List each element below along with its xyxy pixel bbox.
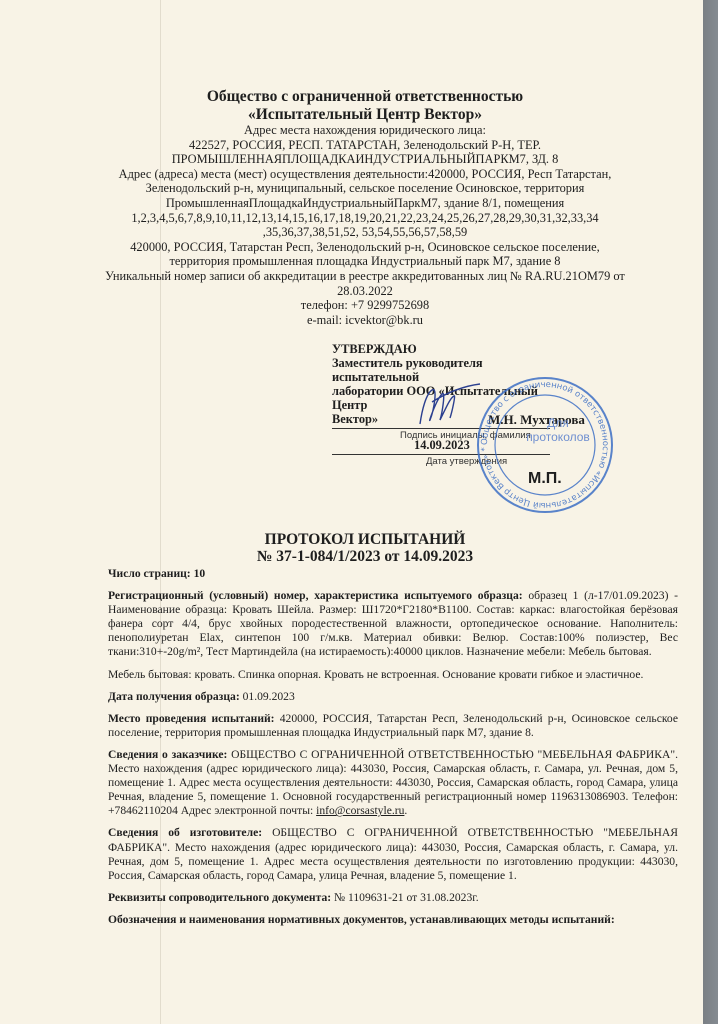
activity-address2-line2: территория промышленная площадка Индустр… xyxy=(100,254,630,269)
activity-address-line4: 1,2,3,4,5,6,7,8,9,10,11,12,13,14,15,16,1… xyxy=(100,211,630,226)
legal-address-line1: 422527, РОССИЯ, РЕСП. ТАТАРСТАН, Зеленод… xyxy=(100,138,630,153)
round-stamp-icon: Общество с ограниченной ответственностью… xyxy=(470,375,620,515)
org-name-line2: «Испытательный Центр Вектор» xyxy=(100,106,630,124)
activity-address-line1: Адрес (адреса) места (мест) осуществлени… xyxy=(100,167,630,182)
manufacturer-info: Сведения об изготовителе: ОБЩЕСТВО С ОГР… xyxy=(108,826,678,882)
organization-header: Общество с ограниченной ответственностью… xyxy=(100,88,630,327)
svg-text:протоколов: протоколов xyxy=(526,430,590,444)
legal-address-label: Адрес места нахождения юридического лица… xyxy=(100,123,630,138)
document-page: Общество с ограниченной ответственностью… xyxy=(0,0,704,1024)
sample-description: Регистрационный (условный) номер, характ… xyxy=(108,589,678,659)
furniture-description: Мебель бытовая: кровать. Спинка опорная.… xyxy=(108,668,678,682)
svg-text:Для: Для xyxy=(547,416,569,430)
activity-address-line3: ПромышленнаяПлощадкаИндустриальныйПаркМ7… xyxy=(100,196,630,211)
accreditation-line2: 28.03.2022 xyxy=(100,284,630,299)
test-place: Место проведения испытаний: 420000, РОСС… xyxy=(108,712,678,740)
activity-address-line5: ,35,36,37,38,51,52, 53,54,55,56,57,58,59 xyxy=(100,225,630,240)
approval-title: УТВЕРЖДАЮ xyxy=(332,342,572,356)
accompanying-document: Реквизиты сопроводительного документа: №… xyxy=(108,891,678,905)
org-name-line1: Общество с ограниченной ответственностью xyxy=(100,88,630,106)
activity-address-line2: Зеленодольский р-н, муниципальный, сельс… xyxy=(100,181,630,196)
phone: телефон: +7 9299752698 xyxy=(100,298,630,313)
protocol-title-block: ПРОТОКОЛ ИСПЫТАНИЙ № 37-1-084/1/2023 от … xyxy=(100,531,630,565)
email: e-mail: icvektor@bk.ru xyxy=(100,313,630,328)
stamp-mp-label: М.П. xyxy=(528,470,562,488)
legal-address-line2: ПРОМЫШЛЕННАЯПЛОЩАДКАИНДУСТРИАЛЬНЫЙПАРКМ7… xyxy=(100,152,630,167)
protocol-title: ПРОТОКОЛ ИСПЫТАНИЙ xyxy=(100,531,630,548)
pages-count: Число страниц: 10 xyxy=(108,567,678,581)
test-methods-heading: Обозначения и наименования нормативных д… xyxy=(108,913,678,927)
protocol-number: № 37-1-084/1/2023 от 14.09.2023 xyxy=(100,548,630,565)
protocol-body: Число страниц: 10 Регистрационный (услов… xyxy=(108,567,678,935)
approval-date: 14.09.2023 xyxy=(414,438,470,453)
accreditation-line1: Уникальный номер записи об аккредитации … xyxy=(100,269,630,284)
customer-email-link[interactable]: info@corsastyle.ru xyxy=(316,804,404,817)
customer-info: Сведения о заказчике: ОБЩЕСТВО С ОГРАНИЧ… xyxy=(108,748,678,818)
received-date: Дата получения образца: 01.09.2023 xyxy=(108,690,678,704)
scan-edge-strip xyxy=(703,0,718,1024)
activity-address2-line1: 420000, РОССИЯ, Татарстан Респ, Зеленодо… xyxy=(100,240,630,255)
